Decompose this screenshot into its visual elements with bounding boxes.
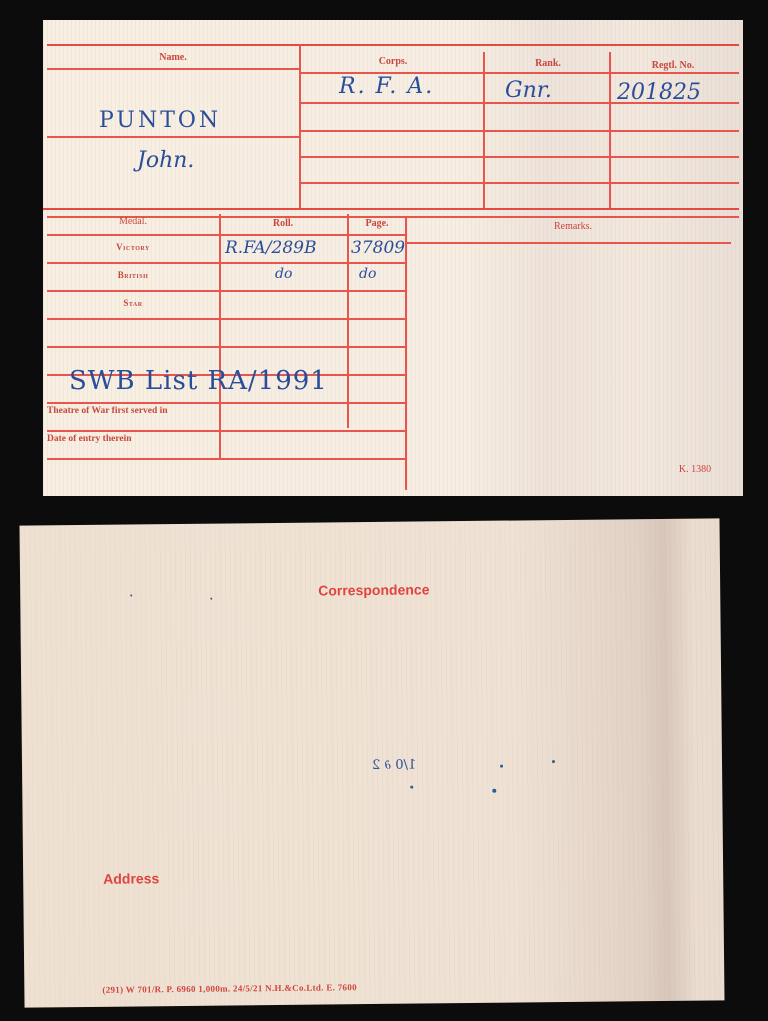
medal-victory-label: Victory [83,242,183,252]
divider [299,130,739,132]
divider [47,458,405,460]
british-page-entry: do [359,266,376,282]
divider [47,430,405,432]
divider [47,136,299,138]
mirrored-ink-note: 1/0 ∂ 2 [372,758,416,773]
divider [47,346,405,348]
ink-spot [410,786,413,789]
correspondence-card: Correspondence Address 1/0 ∂ 2 (291) W 7… [19,518,724,1007]
victory-page-entry: 37809 [351,238,405,258]
print-reference-line: (291) W 701/R. P. 6960 1,000m. 24/5/21 N… [102,982,357,995]
regtl-no-entry: 201825 [617,80,701,105]
divider [219,214,221,458]
divider [43,208,739,210]
regtl-no-header: Regtl. No. [618,60,728,71]
date-entry-label: Date of entry therein [47,434,219,444]
divider [405,242,731,244]
ink-spot [492,789,496,793]
divider [47,318,405,320]
ink-spot [210,598,212,600]
divider [299,182,739,184]
medal-header: Medal. [83,216,183,227]
theatre-label: Theatre of War first served in [47,406,219,416]
ink-spot [500,765,503,768]
roll-header: Roll. [243,218,323,229]
medal-british-label: British [83,270,183,280]
divider [47,68,299,70]
name-header: Name. [123,52,223,63]
divider [347,214,349,428]
corps-entry: R. F. A. [339,74,434,99]
british-roll-entry: do [275,266,292,282]
form-code: K. 1380 [665,464,725,475]
forename-entry: John. [137,148,194,173]
surname-entry: PUNTON [99,108,221,133]
divider [47,290,405,292]
divider [47,402,405,404]
medal-star-label: Star [83,298,183,308]
address-label: Address [103,870,159,887]
divider [47,262,405,264]
ink-spot [552,760,555,763]
page-header: Page. [349,218,405,229]
correspondence-title: Correspondence [318,581,429,598]
medal-index-card: Name. Corps. Rank. Regtl. No. PUNTON Joh… [43,20,743,496]
corps-header: Corps. [343,56,443,67]
victory-roll-entry: R.FA/289B [225,238,316,258]
rank-header: Rank. [498,58,598,69]
rank-entry: Gnr. [505,78,552,103]
divider [47,234,405,236]
list-annotation: SWB List RA/1991 [69,366,328,396]
ink-spot [130,595,132,597]
remarks-header: Remarks. [503,221,643,232]
divider [47,44,739,46]
divider [299,156,739,158]
divider [405,216,407,490]
